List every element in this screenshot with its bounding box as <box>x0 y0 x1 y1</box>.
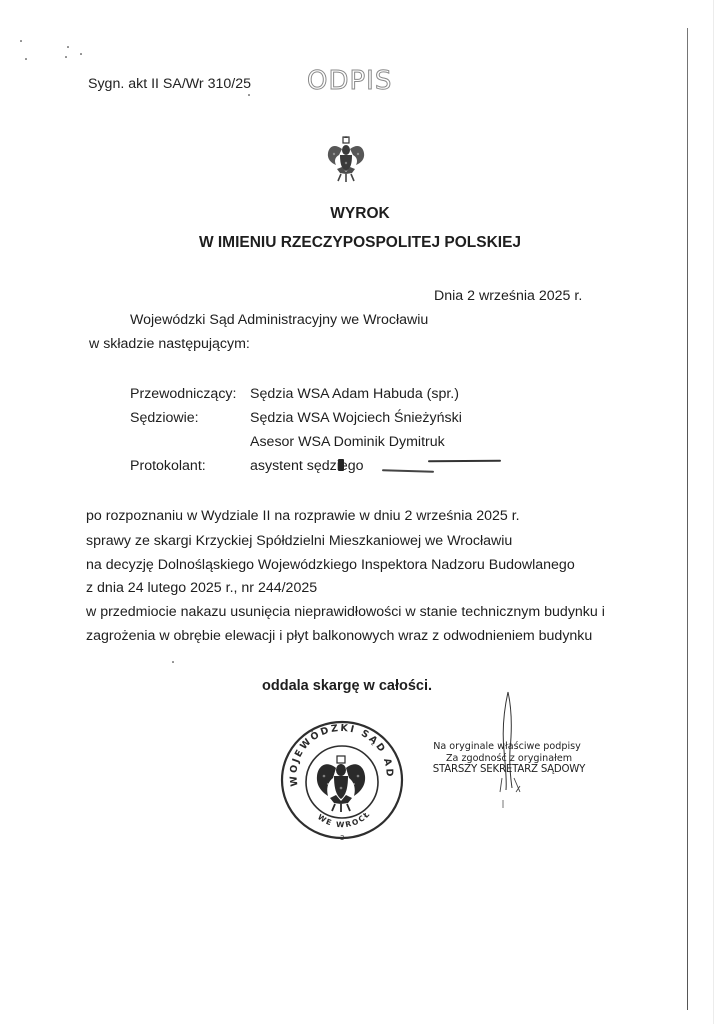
panel-role-label: Sędziowie: <box>130 410 199 426</box>
panel-member-name: Asesor WSA Dominik Dymitruk <box>250 434 445 450</box>
document-subtitle-heading: W IMIENIU RZECZYPOSPOLITEJ POLSKIEJ <box>0 234 710 252</box>
document-type-heading: WYROK <box>0 205 710 223</box>
cert-line: STARSZY SEKRETARZ SĄDOWY <box>420 764 598 776</box>
panel-member-name: Sędzia WSA Wojciech Śnieżyński <box>250 410 462 426</box>
panel-role-label: Przewodniczący: <box>130 386 236 402</box>
case-number: Sygn. akt II SA/Wr 310/25 <box>88 76 251 92</box>
cert-line: Za zgodność z oryginałem <box>420 753 598 765</box>
page-edge <box>713 0 714 1024</box>
body-line: sprawy ze skargi Krzyckiej Spółdzielni M… <box>86 533 512 549</box>
certification-stamp: Na oryginale właściwe podpisy Za zgodnoś… <box>422 741 600 776</box>
redaction-stroke <box>428 460 501 463</box>
polish-eagle-emblem-icon <box>326 135 366 183</box>
cert-line: Na oryginale właściwe podpisy <box>418 741 596 753</box>
copy-stamp: ODPIS <box>307 66 392 96</box>
body-line: po rozpoznaniu w Wydziale II na rozprawi… <box>86 508 520 524</box>
redaction-mark <box>338 459 344 471</box>
svg-text:3: 3 <box>340 834 344 842</box>
panel-member-name: Sędzia WSA Adam Habuda (spr.) <box>250 386 459 402</box>
verdict: oddala skargę w całości. <box>262 678 432 694</box>
court-name: Wojewódzki Sąd Administracyjny we Wrocła… <box>130 312 428 328</box>
body-line: zagrożenia w obrębie elewacji i płyt bal… <box>86 628 592 644</box>
margin-line <box>687 28 688 1010</box>
panel-member-name: asystent sędziego <box>250 458 364 474</box>
judgment-date: Dnia 2 września 2025 r. <box>434 288 582 304</box>
panel-role-label: Protokolant: <box>130 458 206 474</box>
body-line: na decyzję Dolnośląskiego Wojewódzkiego … <box>86 557 575 573</box>
court-seal-icon: WOJEWÓDZKI SĄD ADMINISTRACYJNY WE WROCŁA… <box>276 716 408 844</box>
body-line: w przedmiocie nakazu usunięcia nieprawid… <box>86 604 605 620</box>
redaction-stroke <box>382 469 434 472</box>
composition-intro: w składzie następującym: <box>89 336 250 352</box>
body-line: z dnia 24 lutego 2025 r., nr 244/2025 <box>86 580 317 596</box>
